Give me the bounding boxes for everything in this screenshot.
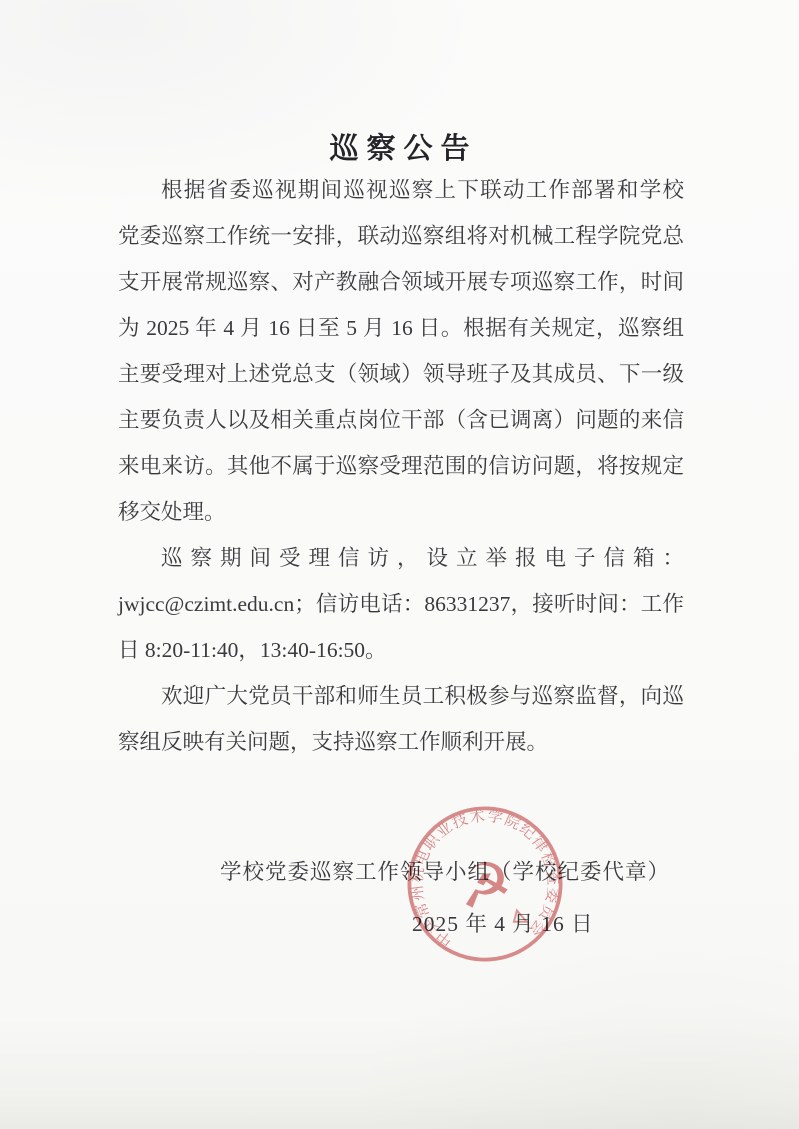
paragraph-line: 主要负责人以及相关重点岗位干部（含已调离）问题的来信 xyxy=(118,397,684,443)
paragraph-line: 支开展常规巡察、对产教融合领域开展专项巡察工作，时间 xyxy=(118,259,684,305)
paragraph-line: 来电来访。其他不属于巡察受理范围的信访问题，将按规定 xyxy=(118,443,684,489)
paragraph-line: 主要受理对上述党总支（领域）领导班子及其成员、下一级 xyxy=(118,351,684,397)
document-title: 巡察公告 xyxy=(0,128,799,170)
signature-line: 学校党委巡察工作领导小组（学校纪委代章） xyxy=(0,849,799,895)
document-page: 巡察公告 根据省委巡视期间巡视巡察上下联动工作部署和学校 党委巡察工作统一安排，… xyxy=(0,0,799,1129)
paragraph-line: 日 8:20-11:40，13:40-16:50。 xyxy=(118,627,684,673)
paragraph-line: 为 2025 年 4 月 16 日至 5 月 16 日。根据有关规定，巡察组 xyxy=(118,305,684,351)
paragraph-line: 欢迎广大党员干部和师生员工积极参与巡察监督，向巡 xyxy=(118,673,684,719)
paragraph-line: 党委巡察工作统一安排，联动巡察组将对机械工程学院党总 xyxy=(118,213,684,259)
paragraph-line: 巡察期间受理信访，设立举报电子信箱： xyxy=(118,535,684,581)
paragraph-line: jwjcc@czimt.edu.cn；信访电话：86331237，接听时间：工作 xyxy=(118,581,684,627)
paragraph-line: 根据省委巡视期间巡视巡察上下联动工作部署和学校 xyxy=(118,167,684,213)
paragraph-line: 移交处理。 xyxy=(118,489,684,535)
document-body: 根据省委巡视期间巡视巡察上下联动工作部署和学校 党委巡察工作统一安排，联动巡察组… xyxy=(118,167,684,765)
paragraph-line: 察组反映有关问题，支持巡察工作顺利开展。 xyxy=(118,719,684,765)
date-line: 2025 年 4 月 16 日 xyxy=(412,901,594,947)
